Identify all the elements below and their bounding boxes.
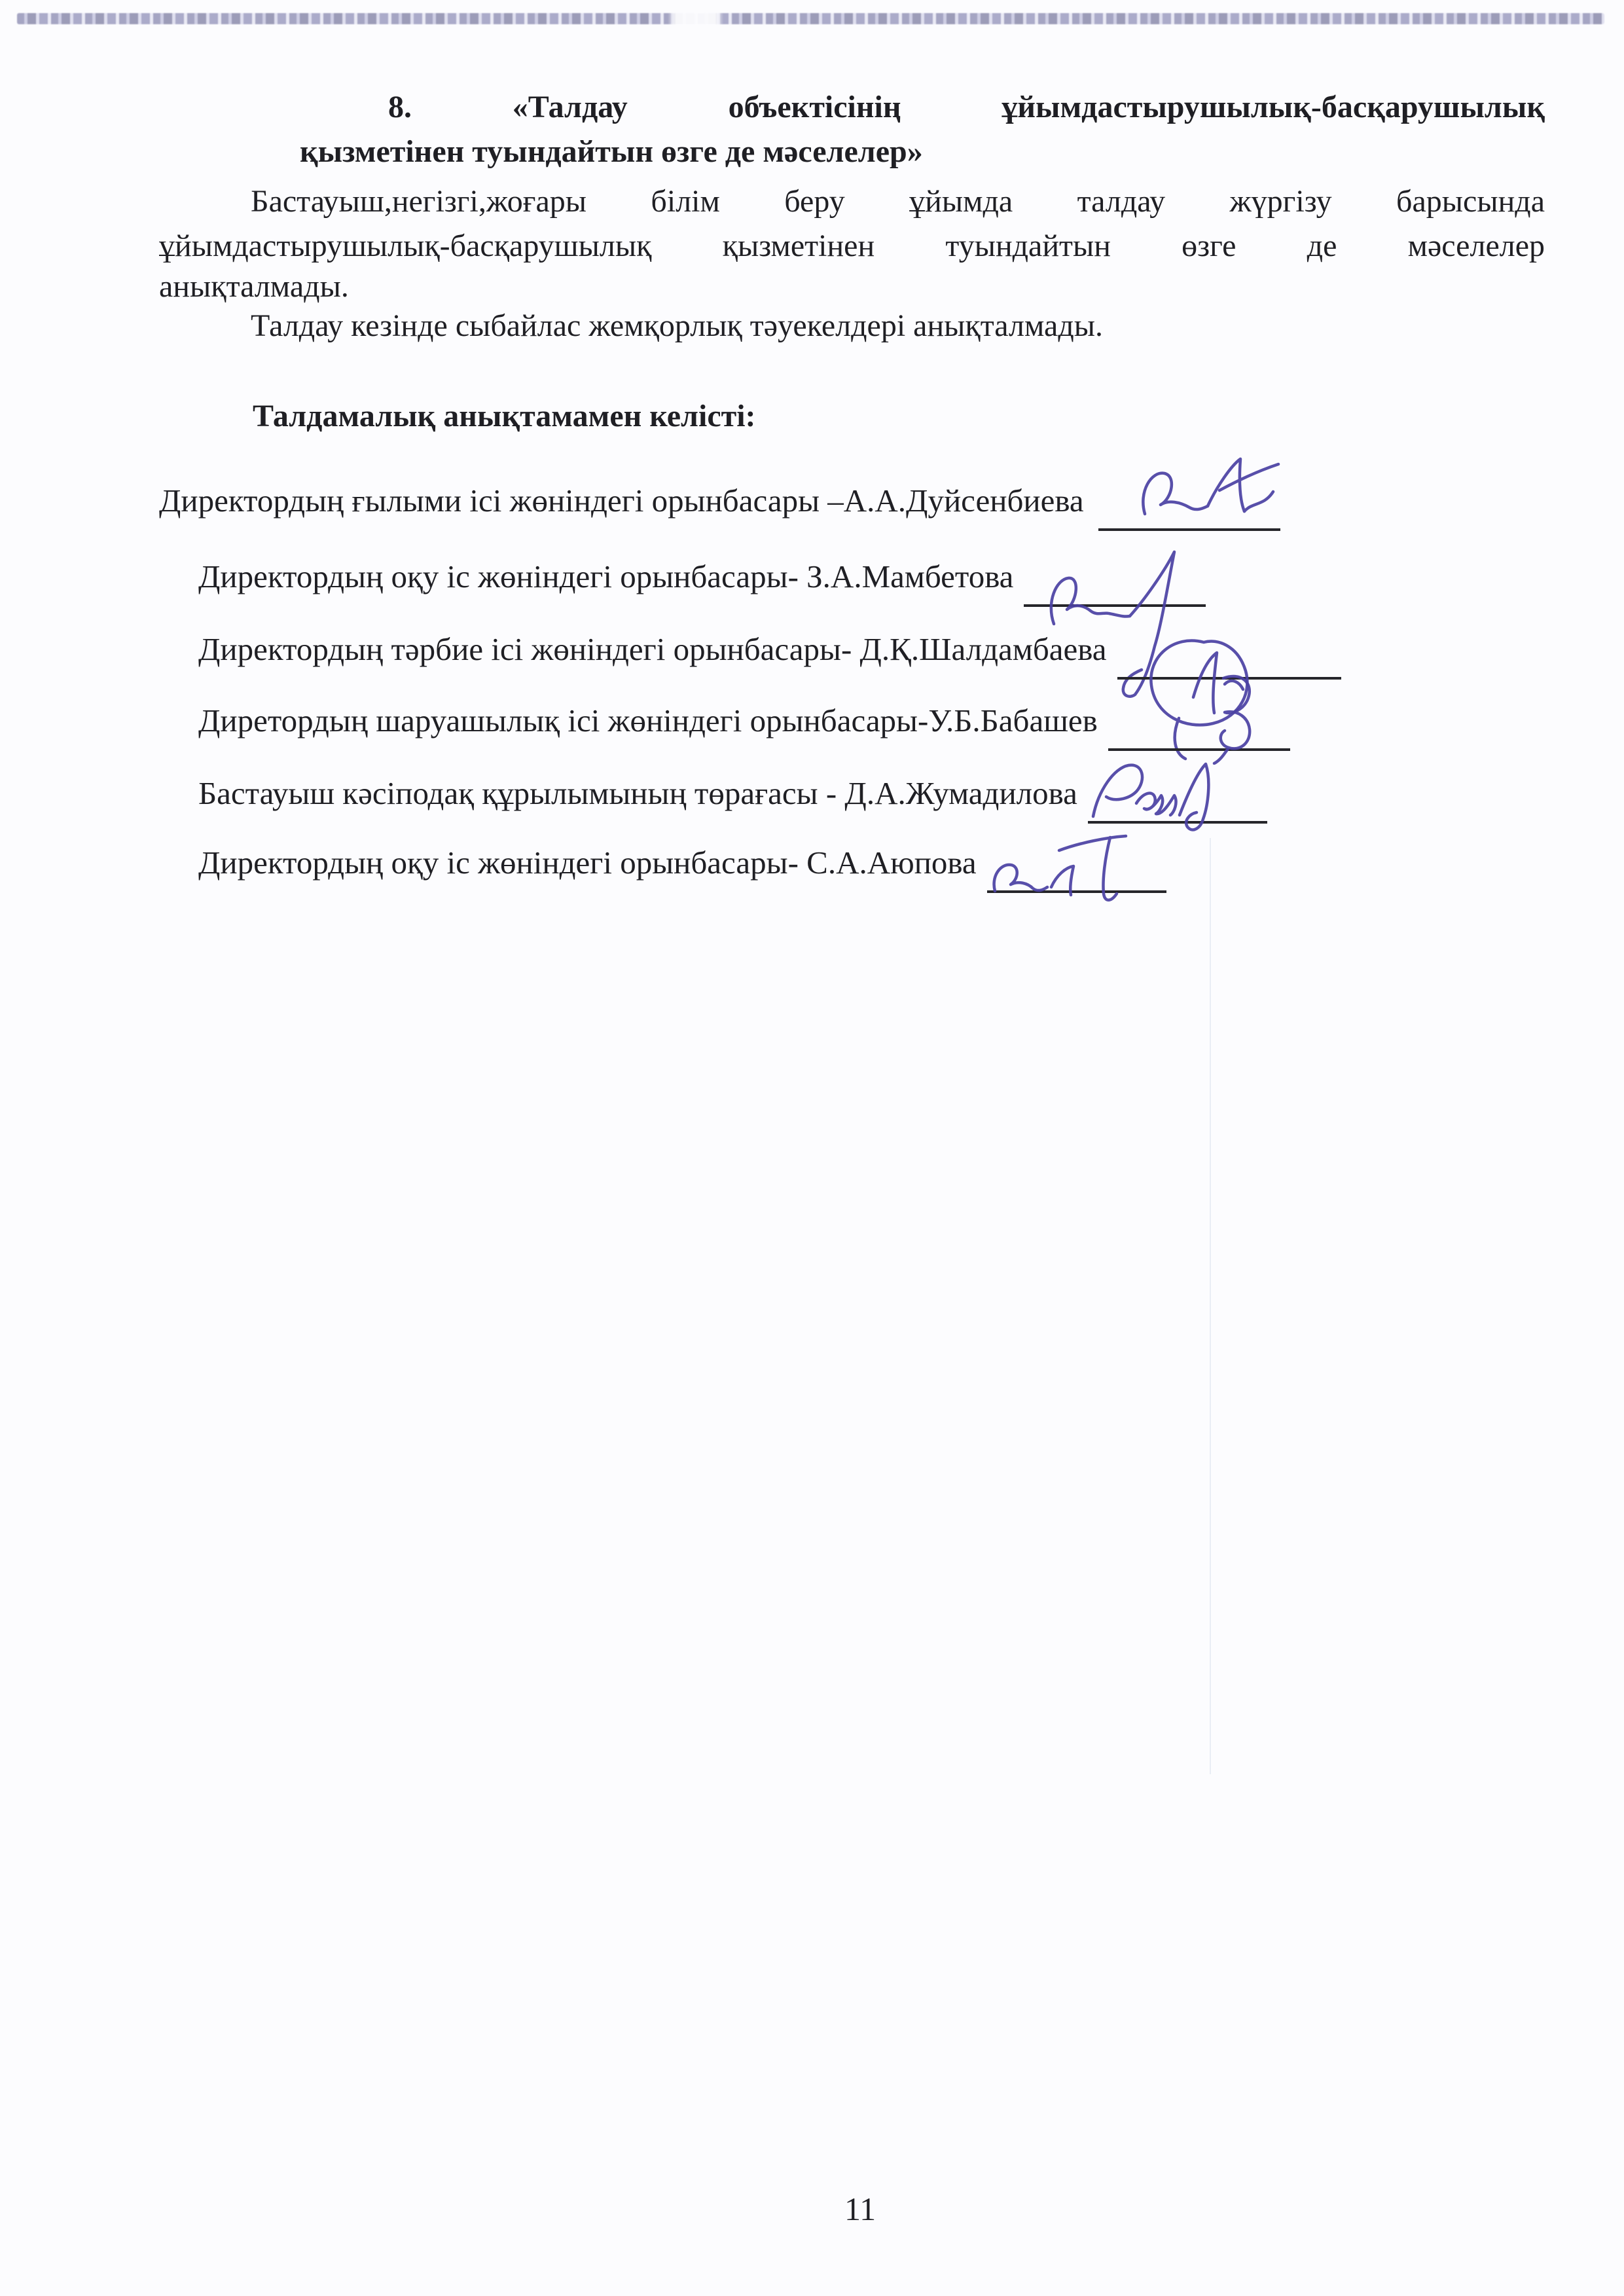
signature-line <box>1108 744 1290 751</box>
paragraph1-line2: ұйымдастырушылық-басқарушылық қызметінен… <box>159 225 1545 267</box>
signatory-label: Директордың оқу іс жөніндегі орынбасары-… <box>198 558 1013 594</box>
signatory-label: Директордың тәрбие ісі жөніндегі орынбас… <box>198 631 1107 667</box>
signature-ink-icon <box>1182 668 1278 765</box>
signatory-row: Директордың тәрбие ісі жөніндегі орынбас… <box>159 629 1545 670</box>
signature-ink-icon <box>982 829 1170 909</box>
agreement-heading: Талдамалық анықтамамен келісті: <box>159 395 1545 437</box>
signatory-row: Диретордың шаруашылық ісі жөніндегі орын… <box>159 700 1545 742</box>
signatory-row: Директордың оқу іс жөніндегі орынбасары-… <box>159 842 1545 884</box>
section-heading-line2: қызметінен туындайтын өзге де мәселелер» <box>159 131 1545 173</box>
signatory-row: Бастауыш кәсіподақ құрылымының төрағасы … <box>159 773 1545 814</box>
page-number: 11 <box>844 2190 876 2228</box>
signatory-row: Директордың оқу іс жөніндегі орынбасары-… <box>159 556 1545 598</box>
signatory-label: Директордың оқу іс жөніндегі орынбасары-… <box>198 845 977 881</box>
signature-line <box>987 886 1166 893</box>
paragraph2: Талдау кезінде сыбайлас жемқорлық тәуеке… <box>159 305 1545 347</box>
signature-ink-icon <box>1106 619 1286 764</box>
section-heading-line1: 8. «Талдау объектісінің ұйымдастырушылық… <box>159 86 1545 128</box>
signature-line <box>1117 673 1341 680</box>
signatory-label: Директордың ғылыми ісі жөніндегі орынбас… <box>159 483 1084 519</box>
signature-line <box>1024 600 1206 607</box>
scan-artifact-strip <box>17 13 1604 24</box>
paragraph1-line3: анықталмады. <box>159 266 1545 308</box>
scan-artifact-vertical-line <box>1210 838 1211 1774</box>
signature-ink-icon <box>1083 752 1287 839</box>
signatory-row: Директордың ғылыми ісі жөніндегі орынбас… <box>159 480 1545 522</box>
signature-ink-icon <box>1134 450 1285 535</box>
scanned-document-page: 8. «Талдау объектісінің ұйымдастырушылық… <box>0 0 1624 2296</box>
signature-line <box>1098 524 1280 531</box>
paragraph1-line1: Бастауыш,негізгі,жоғары білім беру ұйымд… <box>159 181 1545 223</box>
signature-line <box>1088 817 1267 824</box>
signatory-label: Диретордың шаруашылық ісі жөніндегі орын… <box>198 702 1098 738</box>
signatory-label: Бастауыш кәсіподақ құрылымының төрағасы … <box>198 775 1077 811</box>
